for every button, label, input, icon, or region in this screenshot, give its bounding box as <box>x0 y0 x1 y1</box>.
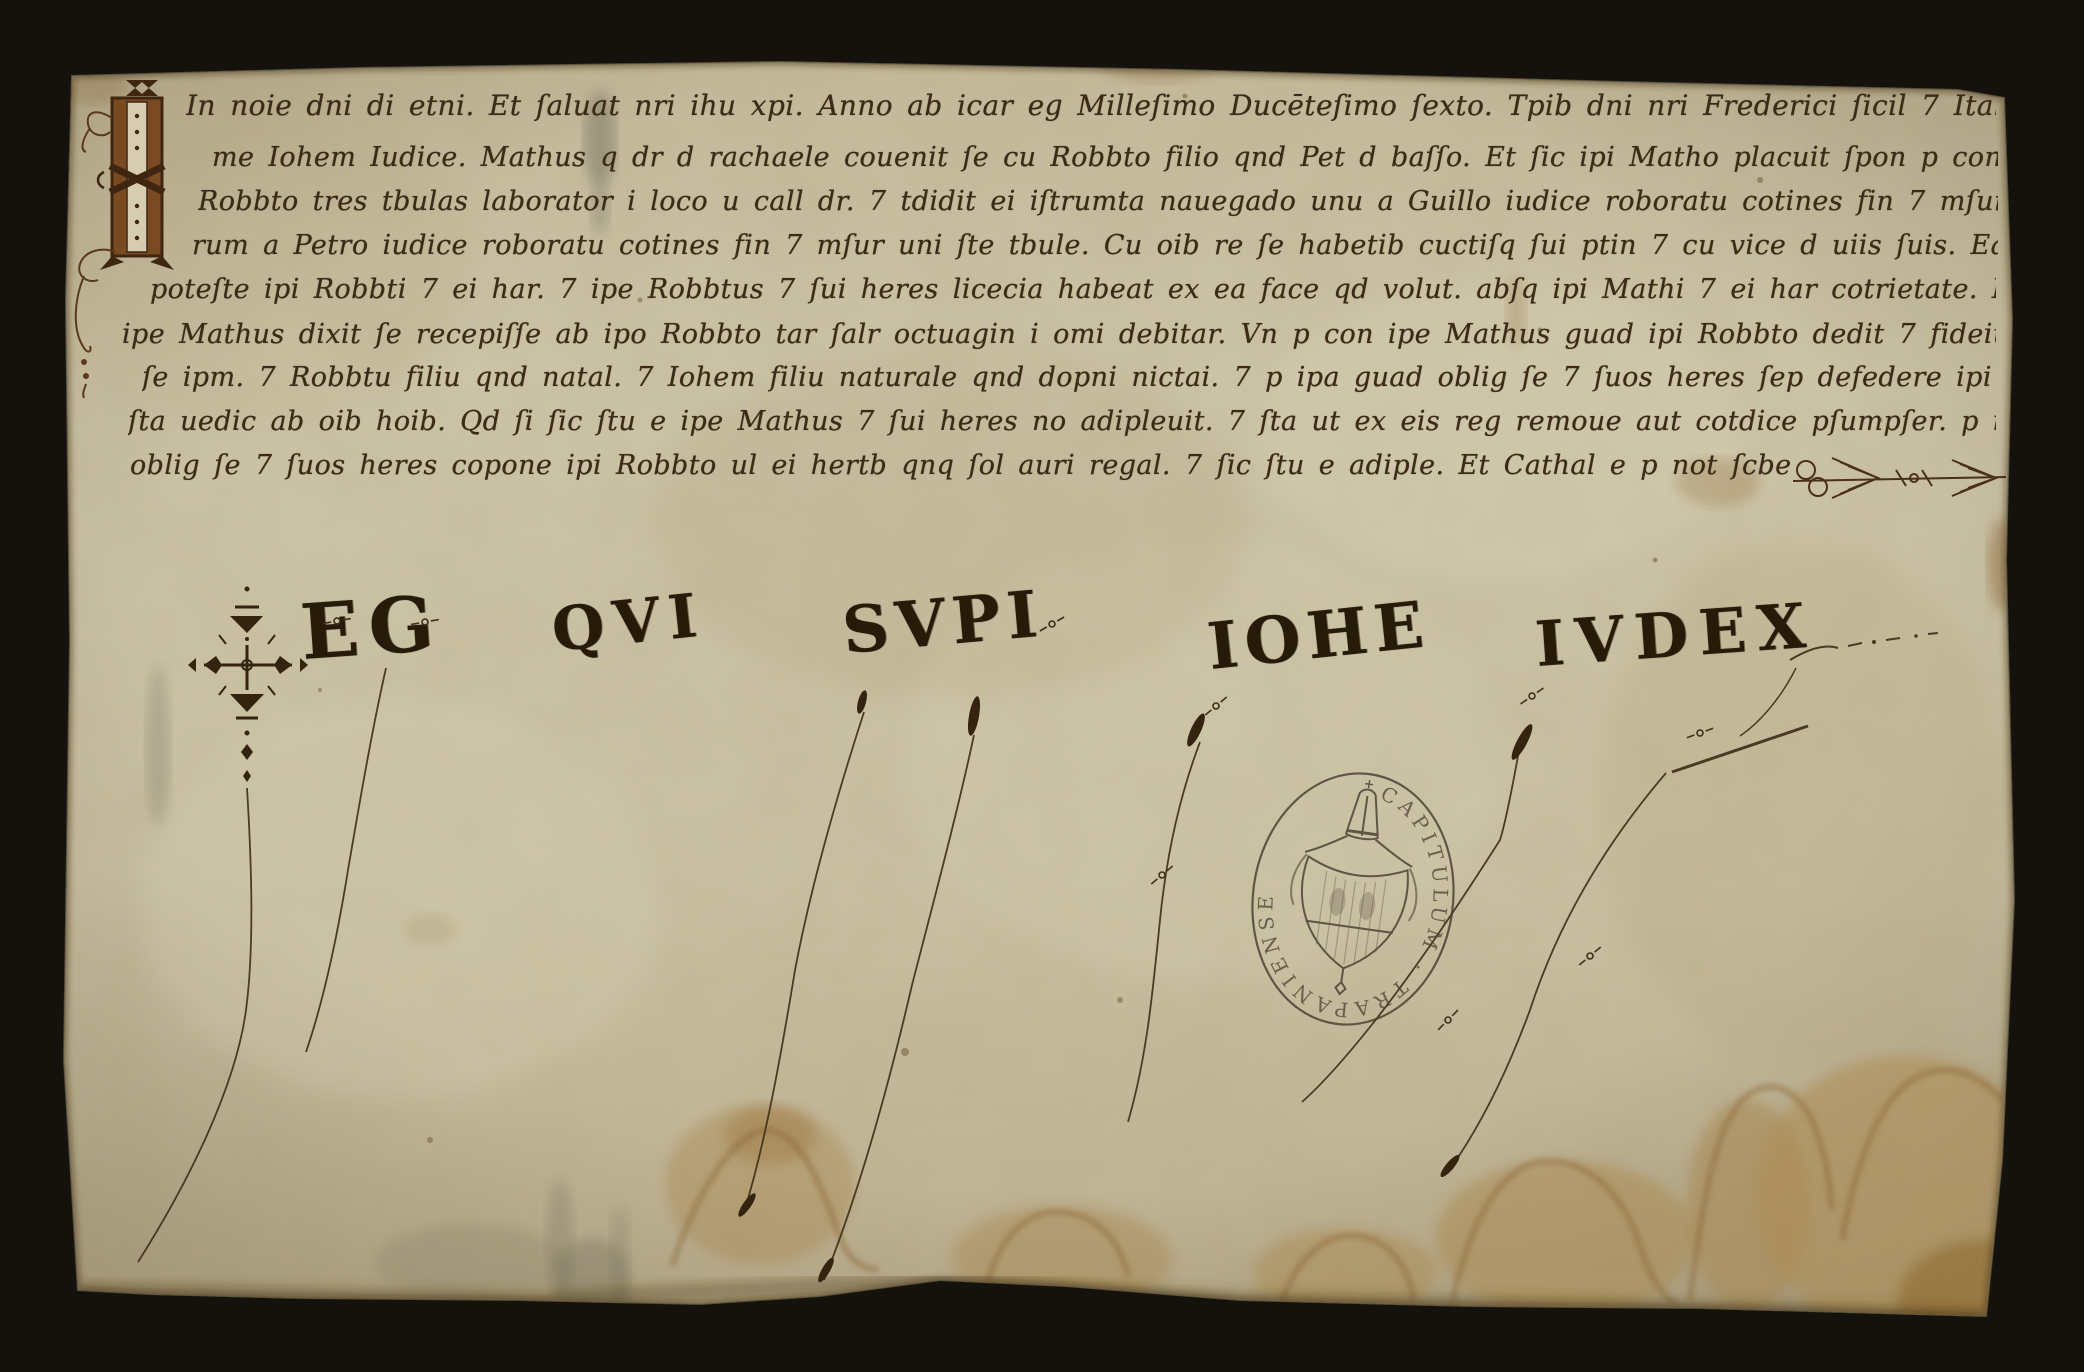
charter-line: In noie dni di etni. Et ſaluat nri ihu x… <box>186 88 1996 124</box>
signature-word-qui: QVI <box>549 580 709 666</box>
charter-line: poteſte ipi Robbti 7 ei har. 7 ipe Robbt… <box>150 272 1996 308</box>
charter-line: ſe ipm. 7 Robbtu filiu qnd natal. 7 Iohe… <box>142 360 1996 396</box>
signature-word-iudex: IVDEX <box>1533 589 1819 681</box>
charter-line: Robbto tres tbulas laborator i loco u ca… <box>198 184 1998 220</box>
charter-line: ſta uedic ab oib hoib. Qd ſi ſic ſtu e i… <box>128 404 1996 440</box>
charter-line: ipe Mathus dixit ſe recepiſſe ab ipo Rob… <box>122 317 1996 353</box>
charter-line: rum a Petro iudice roboratu cotines fin … <box>192 228 1998 264</box>
signature-word-iohes: IOHE <box>1204 587 1434 685</box>
charter-line: oblig ſe 7 ſuos heres copone ipi Robbto … <box>130 448 1790 484</box>
signature-word-ego: EG <box>298 578 447 677</box>
charter-text-block: In noie dni di etni. Et ſaluat nri ihu x… <box>0 0 2084 1372</box>
charter-line: me Iohem Iudice. Mathus q dr d rachaele … <box>212 140 1998 176</box>
signature-word-supra: SVPI <box>839 577 1047 669</box>
photo-background: In noie dni di etni. Et ſaluat nri ihu x… <box>0 0 2084 1372</box>
